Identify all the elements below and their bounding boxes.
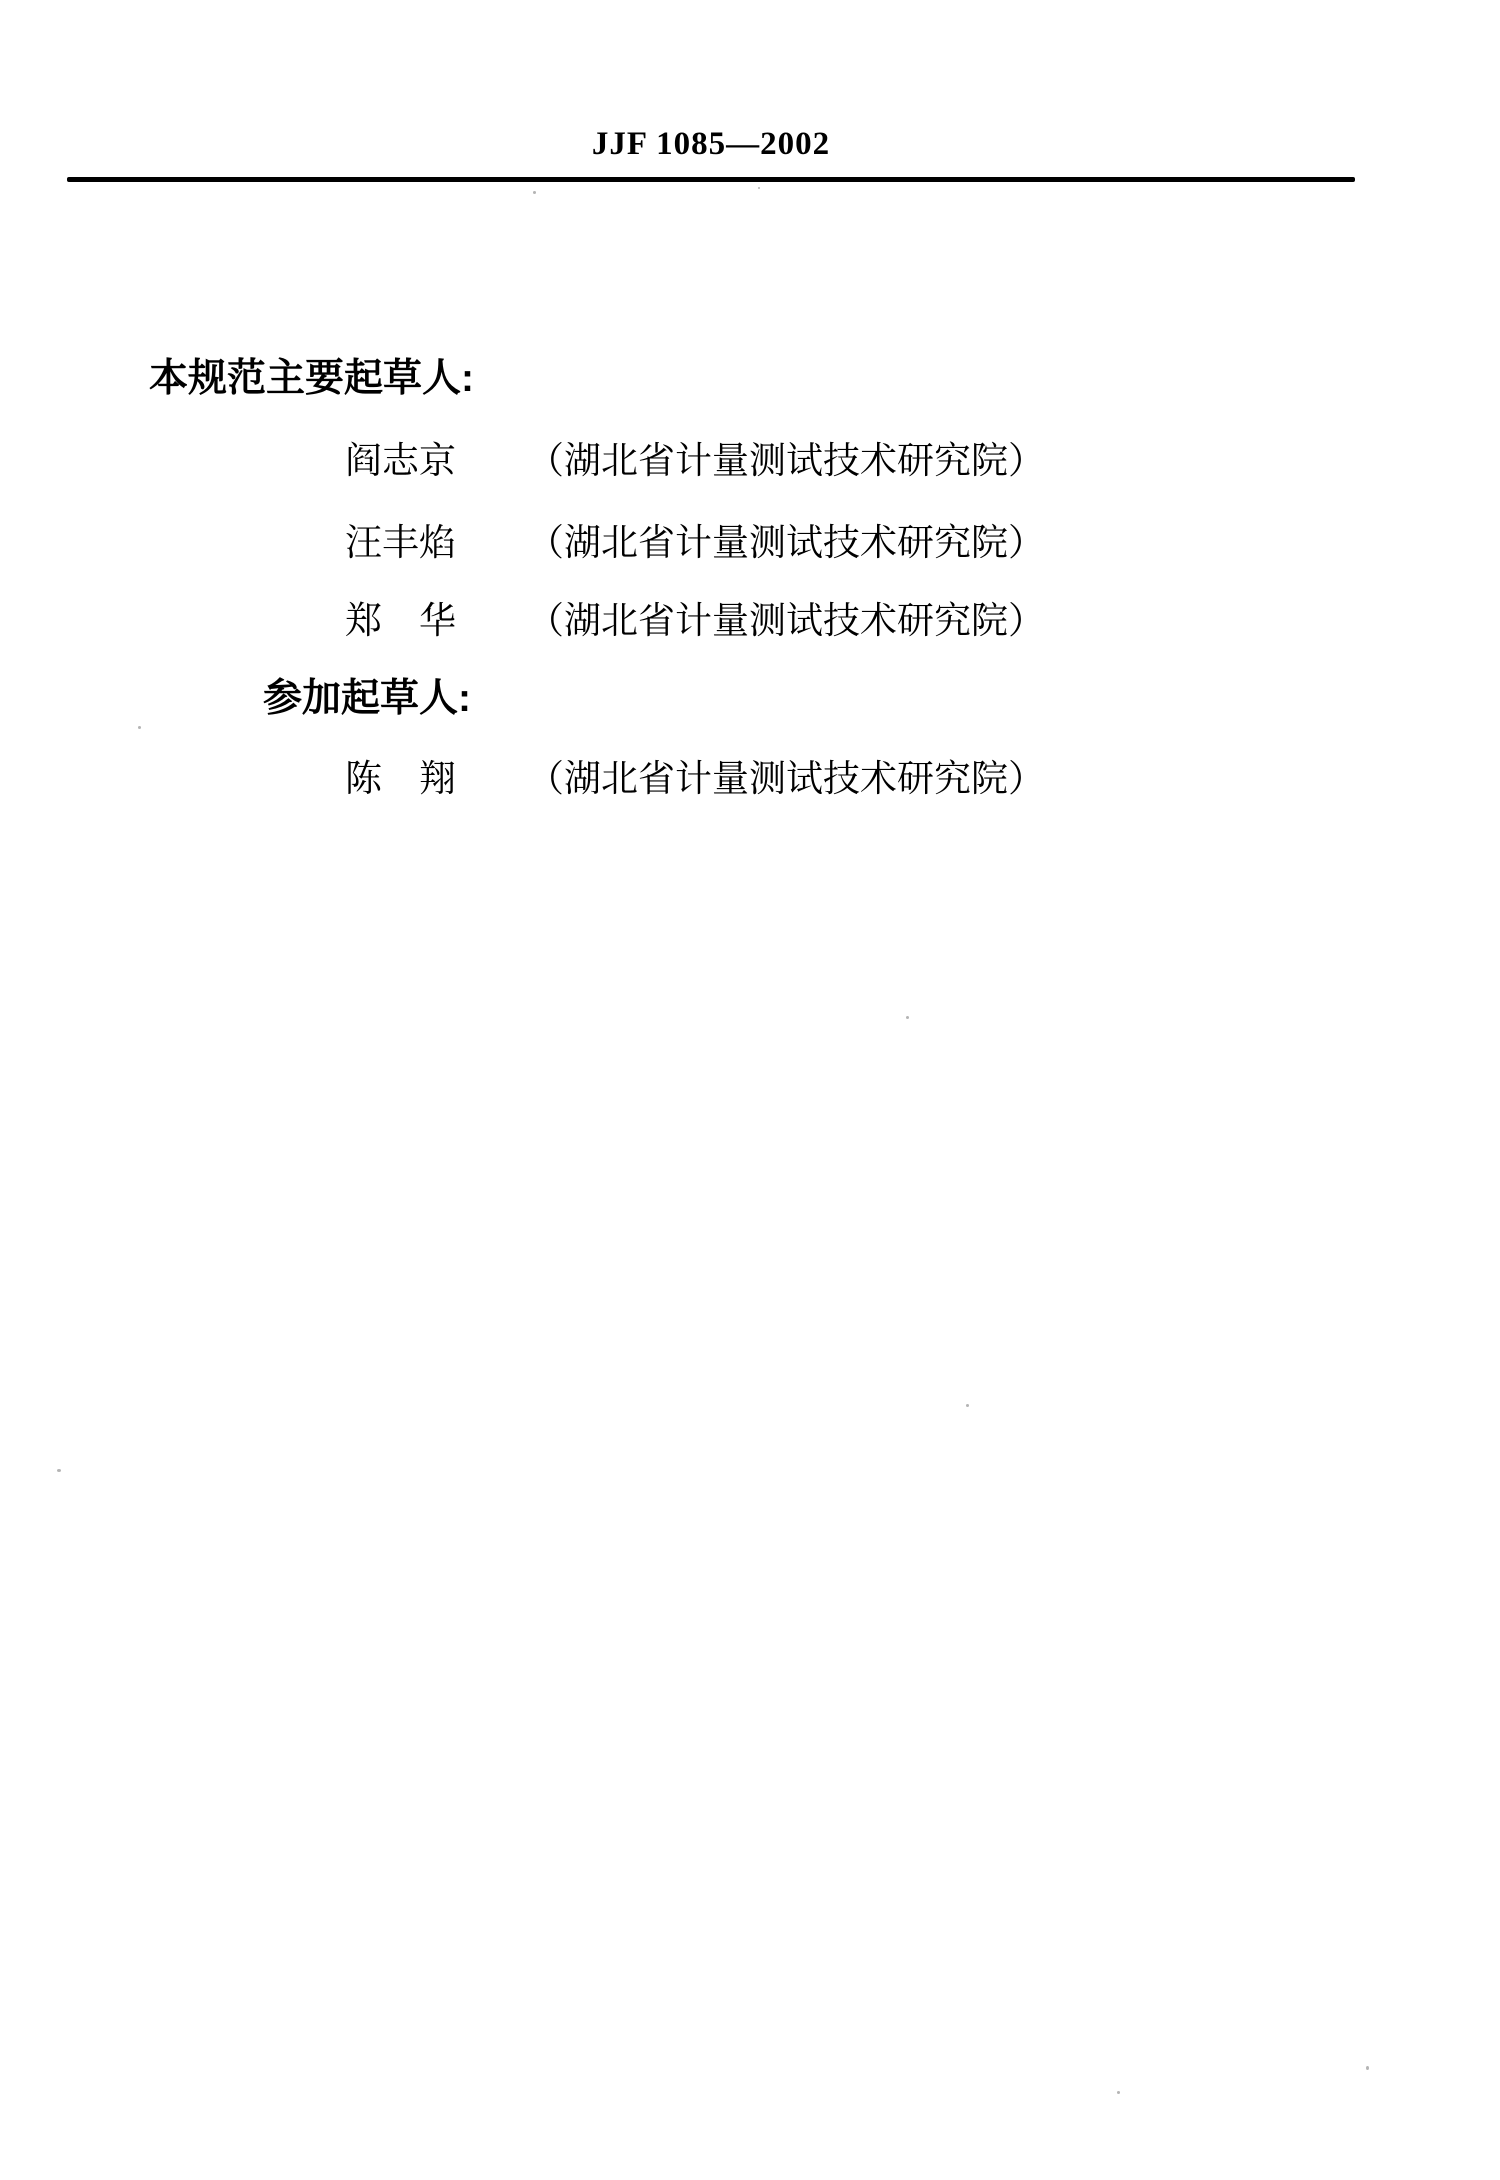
document-page: JJF 1085—2002 本规范主要起草人: 阎志京（湖北省计量测试技术研究院… [0,0,1500,2180]
scan-speck [966,1404,969,1407]
standard-code-header: JJF 1085—2002 [67,126,1355,162]
scan-speck [906,1016,909,1019]
drafter-name: 汪丰焰 [345,523,527,566]
scan-speck [138,726,141,729]
drafter-name: 阎志京 [345,441,527,484]
drafter-name: 陈 翔 [345,759,527,802]
drafter-name: 郑 华 [345,601,527,644]
drafter-affiliation: （湖北省计量测试技术研究院） [527,601,1045,644]
drafter-row: 郑 华（湖北省计量测试技术研究院） [345,601,1045,644]
drafter-affiliation: （湖北省计量测试技术研究院） [527,759,1045,802]
scan-speck [1117,2091,1120,2094]
header-rule [67,177,1355,182]
drafter-row: 陈 翔（湖北省计量测试技术研究院） [345,759,1045,802]
drafter-row: 汪丰焰（湖北省计量测试技术研究院） [345,523,1045,566]
scan-speck [533,191,536,194]
main-drafters-heading: 本规范主要起草人: [149,358,474,401]
scan-speck [57,1469,61,1472]
drafter-row: 阎志京（湖北省计量测试技术研究院） [345,441,1045,484]
co-drafters-heading: 参加起草人: [263,678,471,721]
scan-speck [758,187,760,189]
drafter-affiliation: （湖北省计量测试技术研究院） [527,523,1045,566]
drafter-affiliation: （湖北省计量测试技术研究院） [527,441,1045,484]
scan-speck [1366,2066,1369,2070]
